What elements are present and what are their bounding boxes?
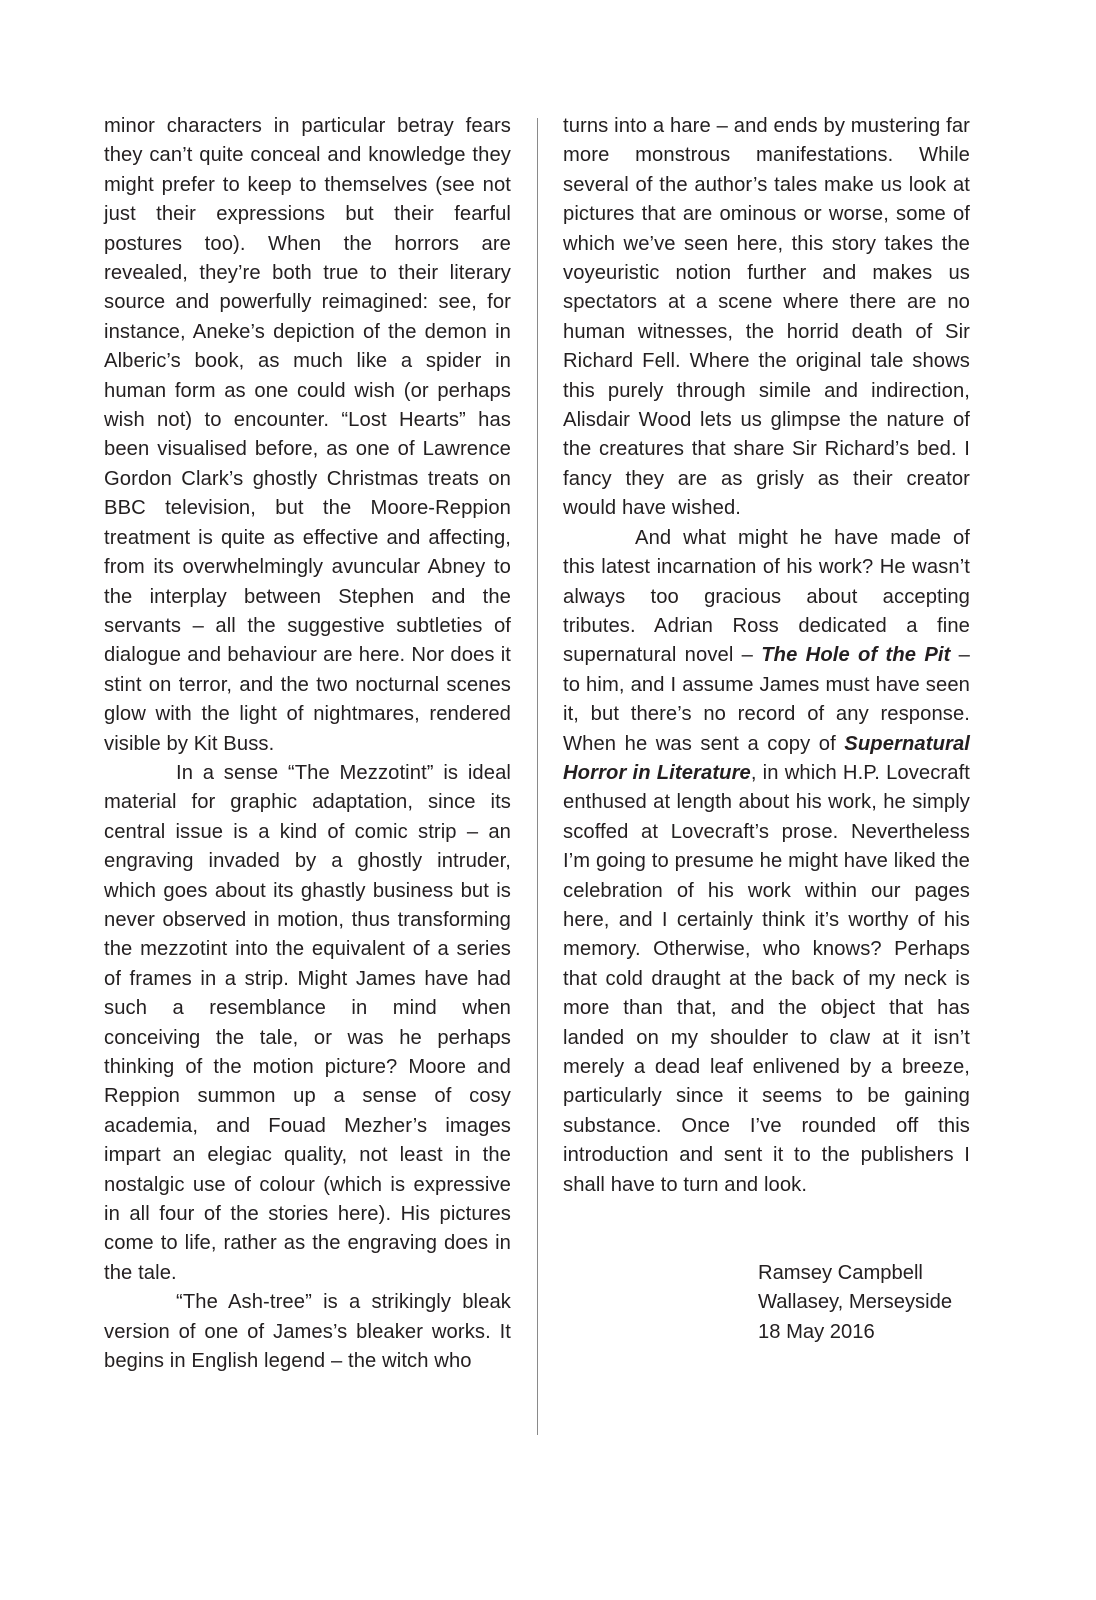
paragraph-ash-tree-continued: turns into a hare – and ends by musterin… [563, 112, 970, 524]
author-name: Ramsey Campbell [758, 1259, 952, 1288]
paragraph-mezzotint: In a sense “The Mezzotint” is ideal mate… [104, 759, 511, 1288]
document-page: minor characters in particular betray fe… [0, 0, 1096, 1600]
column-divider [537, 118, 538, 1435]
paragraph-lost-hearts: minor characters in particular betray fe… [104, 112, 511, 759]
author-location: Wallasey, Merseyside [758, 1288, 952, 1317]
signature-block: Ramsey Campbell Wallasey, Merseyside 18 … [758, 1259, 952, 1347]
right-column: turns into a hare – and ends by musterin… [563, 112, 970, 1200]
book-title-hole-of-the-pit: The Hole of the Pit [761, 644, 950, 666]
left-column: minor characters in particular betray fe… [104, 112, 511, 1376]
closing-text-c: , in which H.P. Lovecraft enthused at le… [563, 762, 970, 1196]
paragraph-closing: And what might he have made of this late… [563, 524, 970, 1200]
paragraph-ash-tree: “The Ash-tree” is a strikingly bleak ver… [104, 1288, 511, 1376]
signature-date: 18 May 2016 [758, 1318, 952, 1347]
